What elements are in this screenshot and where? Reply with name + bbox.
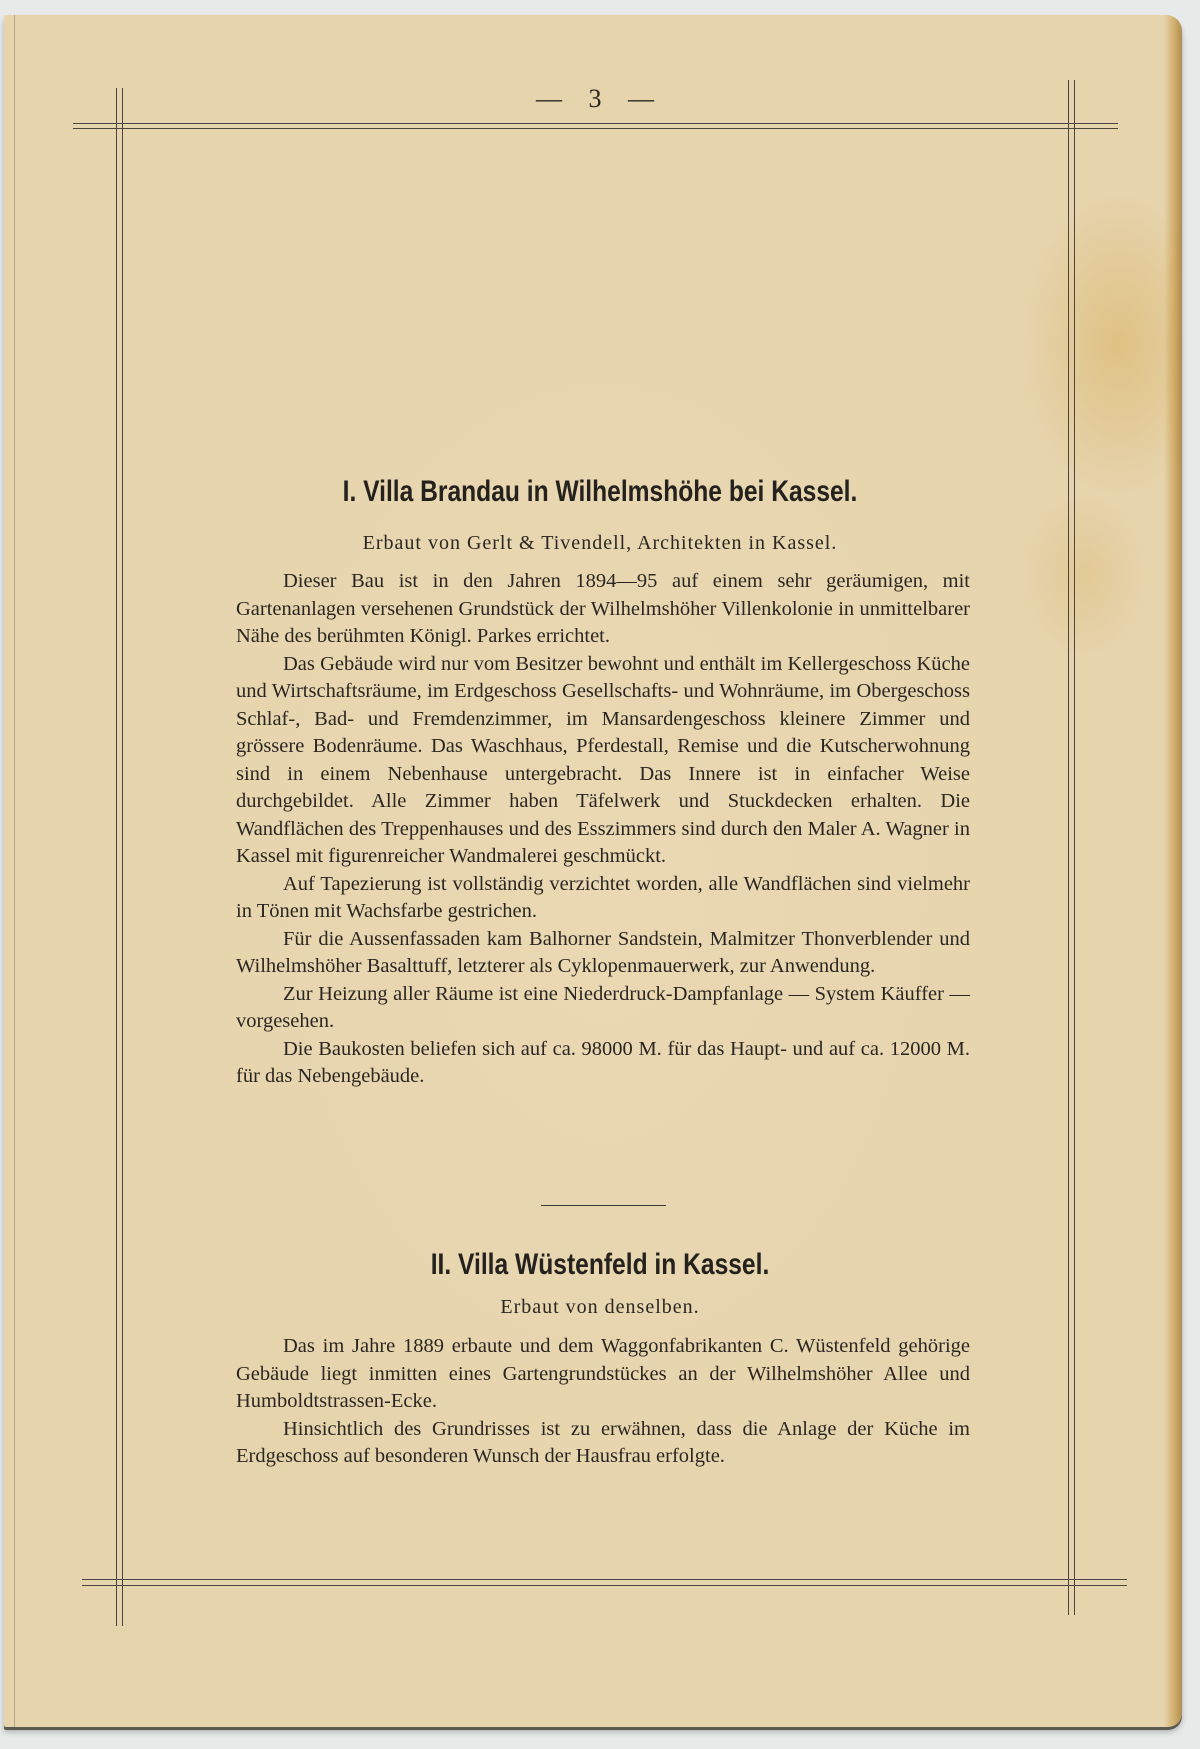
- spine-fold-line: [14, 15, 15, 1727]
- section-body-villa-brandau: Dieser Bau ist in den Jahren 1894—95 auf…: [236, 568, 970, 1091]
- section-byline-architects: Erbaut von Gerlt & Tivendell, Architekte…: [0, 532, 1200, 555]
- section-heading-villa-wuestenfeld: II. Villa Wüstenfeld in Kassel.: [108, 1248, 1092, 1282]
- frame-top-line-outer: [73, 123, 1118, 124]
- frame-bottom-line-inner: [82, 1585, 1127, 1586]
- paragraph: Auf Tapezierung ist vollständig verzicht…: [236, 871, 970, 926]
- section-byline-same-architects: Erbaut von denselben.: [0, 1296, 1200, 1319]
- page-number: — 3 —: [0, 84, 1200, 114]
- paragraph: Für die Aussenfassaden kam Balhorner San…: [236, 926, 970, 981]
- page-edge-stain: [1164, 15, 1182, 1727]
- paragraph: Hinsichtlich des Grundrisses ist zu erwä…: [236, 1416, 970, 1471]
- frame-left-line-inner: [122, 88, 123, 1626]
- frame-bottom-line-outer: [82, 1579, 1127, 1580]
- frame-right-line-inner: [1074, 80, 1075, 1615]
- paragraph: Zur Heizung aller Räume ist eine Niederd…: [236, 981, 970, 1036]
- section-heading-villa-brandau: I. Villa Brandau in Wilhelmshöhe bei Kas…: [108, 475, 1092, 509]
- frame-right-line-outer: [1068, 80, 1069, 1615]
- frame-top-line-inner: [73, 128, 1118, 129]
- section-divider-rule: [541, 1205, 666, 1206]
- frame-left-line-outer: [116, 88, 117, 1626]
- paragraph: Das Gebäude wird nur vom Besitzer bewohn…: [236, 651, 970, 871]
- paragraph: Dieser Bau ist in den Jahren 1894—95 auf…: [236, 568, 970, 651]
- section-body-villa-wuestenfeld: Das im Jahre 1889 erbaute und dem Waggon…: [236, 1333, 970, 1471]
- paragraph: Die Baukosten beliefen sich auf ca. 9800…: [236, 1036, 970, 1091]
- paragraph: Das im Jahre 1889 erbaute und dem Waggon…: [236, 1333, 970, 1416]
